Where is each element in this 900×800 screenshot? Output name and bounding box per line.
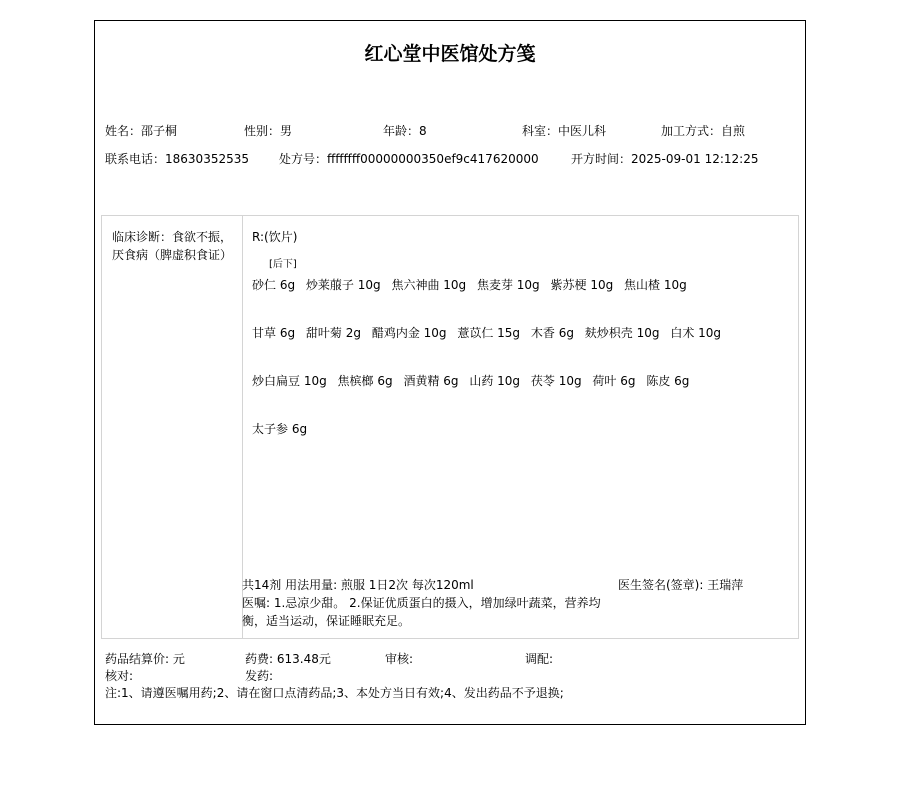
herb-item: 甜叶菊 2g [306, 326, 361, 340]
herb-item: 焦槟榔 6g [338, 374, 393, 388]
herb-item: 炒白扁豆 10g [252, 374, 327, 388]
settlement-price: 药品结算价: 元 [105, 651, 185, 667]
herb-item: 太子参 6g [252, 422, 307, 436]
herb-item: 陈皮 6g [646, 374, 689, 388]
patient-age: 年龄：8 [383, 123, 427, 139]
herb-item: 焦六神曲 10g [391, 278, 466, 292]
prescription-number: 处方号：ffffffff00000000350ef9c417620000 [279, 151, 539, 167]
herb-item: 薏苡仁 15g [457, 326, 520, 340]
herb-line-4: 太子参 6g [252, 420, 314, 437]
review-field: 审核: [385, 651, 413, 667]
herb-item: 麸炒枳壳 10g [585, 326, 660, 340]
department: 科室：中医儿科 [522, 123, 606, 139]
herb-line-1: 砂仁 6g 炒莱菔子 10g 焦六神曲 10g 焦麦芽 10g 紫苏梗 10g … [252, 276, 694, 293]
herb-item: 茯苓 10g [531, 374, 582, 388]
patient-gender: 性别：男 [244, 123, 292, 139]
herb-line-2: 甘草 6g 甜叶菊 2g 醋鸡内金 10g 薏苡仁 15g 木香 6g 麸炒枳壳… [252, 324, 728, 341]
herb-item: 甘草 6g [252, 326, 295, 340]
column-divider [242, 216, 243, 638]
prescription-sheet: 红心堂中医馆处方笺 姓名：邵子桐 性别：男 年龄：8 科室：中医儿科 加工方式：… [94, 20, 806, 725]
notice-text: 注:1、请遵医嘱用药;2、请在窗口点清药品;3、本处方当日有效;4、发出药品不予… [105, 685, 564, 701]
drug-fee: 药费: 613.48元 [245, 651, 331, 667]
herb-item: 焦山楂 10g [624, 278, 687, 292]
processing-method: 加工方式：自煎 [661, 123, 745, 139]
page-title: 红心堂中医馆处方笺 [95, 39, 805, 66]
herb-item: 白术 10g [670, 326, 721, 340]
herb-item: 紫苏梗 10g [551, 278, 614, 292]
herb-item: 酒黄精 6g [403, 374, 458, 388]
check-field: 核对: [105, 668, 133, 684]
prescription-body: 临床诊断：食欲不振，厌食病（脾虚积食证） R:(饮片) [后下] 砂仁 6g 炒… [101, 215, 799, 639]
patient-phone: 联系电话：18630352535 [105, 151, 249, 167]
herb-line-3: 炒白扁豆 10g 焦槟榔 6g 酒黄精 6g 山药 10g 茯苓 10g 荷叶 … [252, 372, 696, 389]
herb-item: 木香 6g [531, 326, 574, 340]
patient-name: 姓名：邵子桐 [105, 123, 177, 139]
doctor-signature: 医生签名(签章): 王瑞萍 [618, 576, 743, 593]
herb-item: 焦麦芽 10g [477, 278, 540, 292]
herb-item: 炒莱菔子 10g [306, 278, 381, 292]
rx-heading: R:(饮片) [252, 228, 297, 245]
herb-item: 醋鸡内金 10g [372, 326, 447, 340]
dispense-prep-field: 调配: [525, 651, 553, 667]
medical-advice: 医嘱: 1.忌凉少甜。 2.保证优质蛋白的摄入，增加绿叶蔬菜，营养均衡，适当运动… [242, 594, 622, 630]
clinical-diagnosis: 临床诊断：食欲不振，厌食病（脾虚积食证） [112, 228, 234, 264]
prescription-time: 开方时间：2025-09-01 12:12:25 [571, 151, 758, 167]
herb-item: 山药 10g [469, 374, 520, 388]
usage-dosage: 共14剂 用法用量: 煎服 1日2次 每次120ml [242, 576, 474, 593]
herb-item: 砂仁 6g [252, 278, 295, 292]
issue-field: 发药: [245, 668, 273, 684]
herb-item: 荷叶 6g [592, 374, 635, 388]
rx-note: [后下] [269, 255, 297, 270]
